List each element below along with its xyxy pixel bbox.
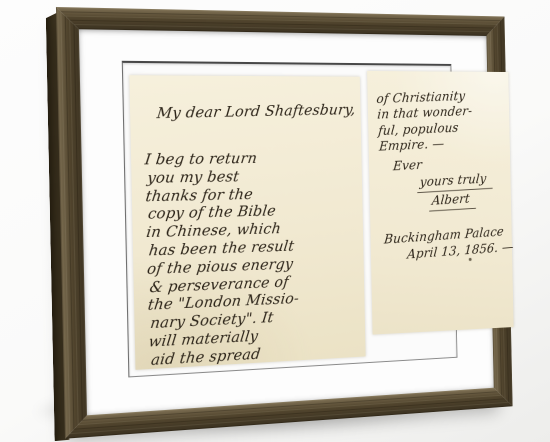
mat-opening: My dear Lord Shaftesbury, I beg to retur… xyxy=(122,61,458,378)
mat-board: My dear Lord Shaftesbury, I beg to retur… xyxy=(79,29,494,415)
signature: Albert xyxy=(430,190,512,212)
picture-frame: My dear Lord Shaftesbury, I beg to retur… xyxy=(56,7,513,439)
letter-page-right: of Christianity in that wonder- ful, pop… xyxy=(368,71,514,335)
letter-photograph: My dear Lord Shaftesbury, I beg to retur… xyxy=(123,63,457,377)
signature-text: Albert xyxy=(430,192,478,212)
salutation-line: My dear Lord Shaftesbury, xyxy=(156,102,356,122)
letter-body-right: of Christianity in that wonder- ful, pop… xyxy=(376,88,514,265)
letter-page-left: My dear Lord Shaftesbury, I beg to retur… xyxy=(129,75,366,370)
letter-body-left: I beg to return you my best thanks for t… xyxy=(144,150,360,371)
framed-letter: My dear Lord Shaftesbury, I beg to retur… xyxy=(62,5,533,429)
page-background: My dear Lord Shaftesbury, I beg to retur… xyxy=(0,0,550,442)
ink-speck xyxy=(469,258,472,261)
